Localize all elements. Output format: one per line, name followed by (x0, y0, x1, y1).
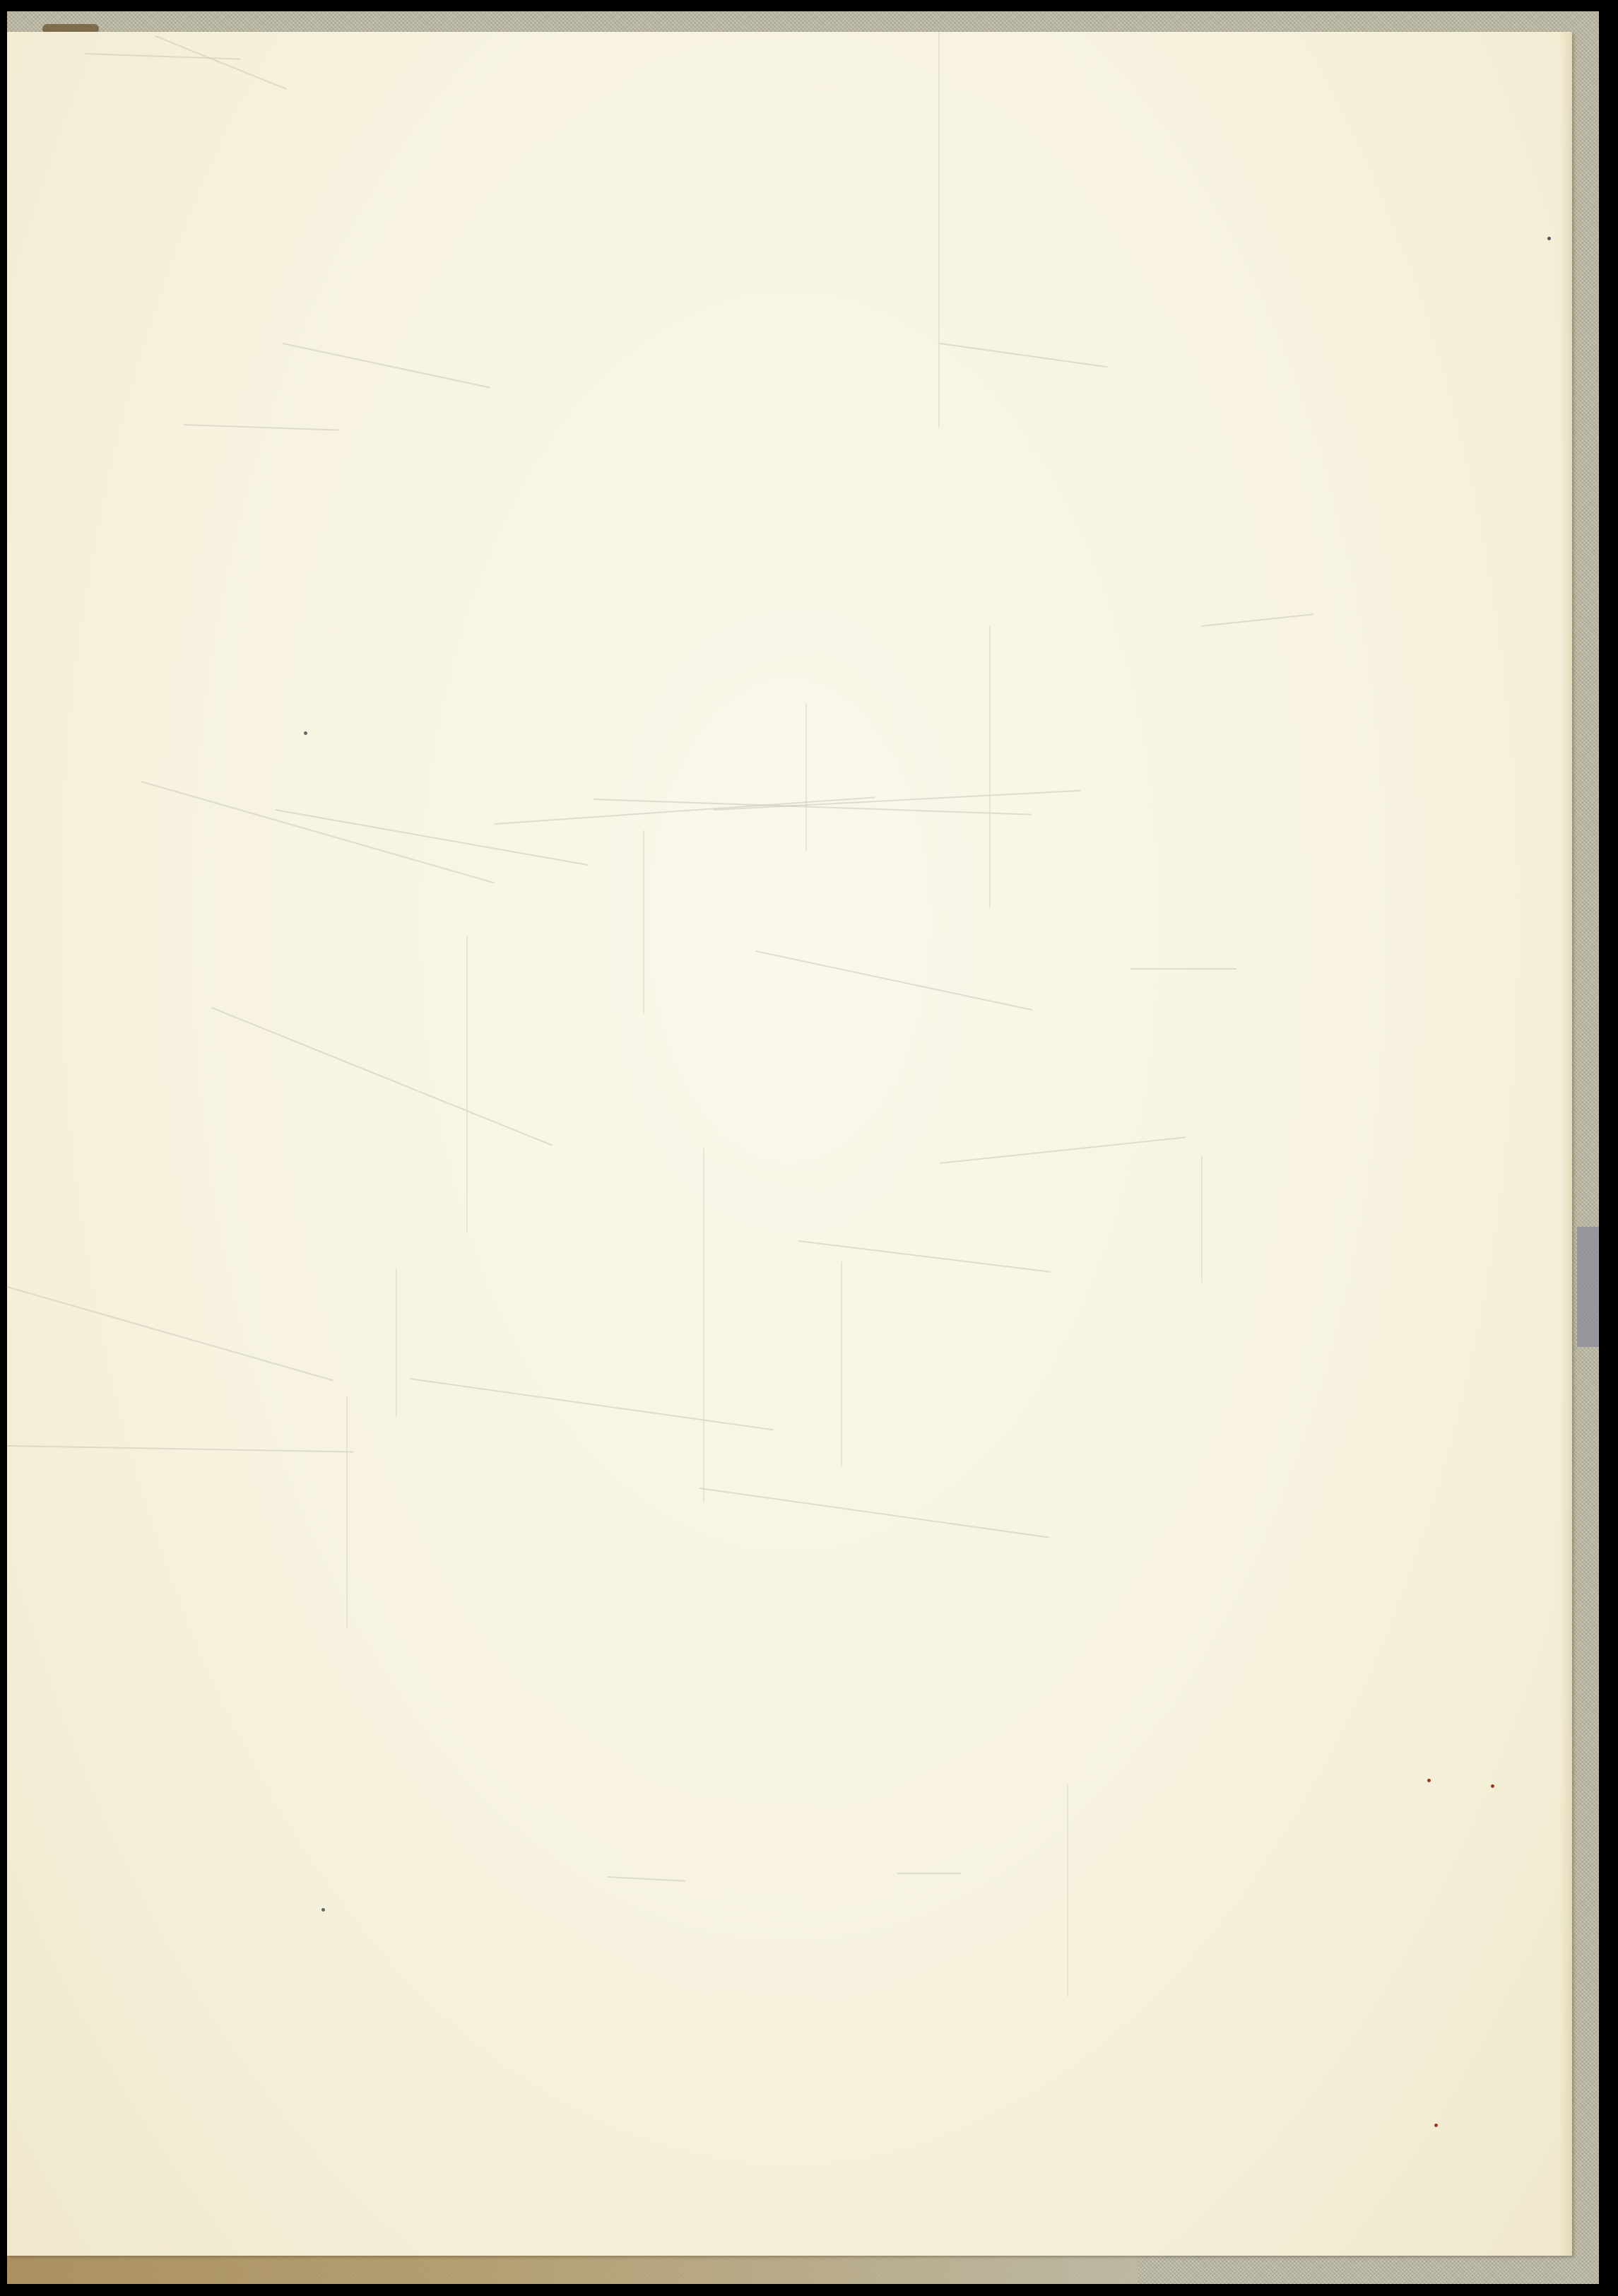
page-edge (1559, 32, 1572, 2256)
foxing-spot (1434, 2124, 1438, 2127)
pencil-mark (495, 796, 875, 825)
pencil-mark (346, 1396, 348, 1629)
pencil-mark (184, 424, 339, 431)
pencil-mark (410, 1378, 774, 1430)
pencil-mark (7, 1445, 353, 1453)
foxing-spot (321, 1908, 325, 1912)
pencil-mark (1201, 613, 1313, 627)
foxing-spot (1491, 1784, 1494, 1788)
pencil-mark (699, 1488, 1049, 1538)
pencil-mark (85, 53, 240, 60)
pencil-mark (841, 1261, 842, 1466)
pencil-mark (756, 950, 1033, 1011)
pencil-mark (608, 1876, 685, 1882)
pencil-mark (283, 343, 490, 388)
pencil-mark (1130, 968, 1236, 970)
pencil-mark (1067, 1784, 1068, 1996)
pencil-mark (805, 703, 807, 852)
cover-discoloration-band (7, 2256, 1138, 2284)
pencil-mark (643, 830, 644, 1014)
pencil-mark (940, 343, 1108, 367)
blank-endpaper-page (7, 32, 1572, 2256)
pencil-mark (989, 625, 991, 908)
pencil-mark (940, 1136, 1186, 1164)
pencil-mark (396, 1268, 397, 1417)
pencil-mark (6, 1286, 333, 1381)
foxing-spot (1547, 237, 1551, 240)
pencil-mark (798, 1240, 1051, 1273)
pencil-mark (276, 809, 589, 866)
pencil-mark (211, 1007, 553, 1146)
pencil-mark (1201, 1155, 1203, 1283)
pencil-mark (466, 936, 468, 1233)
foxing-spot (304, 731, 307, 735)
pencil-mark (897, 1873, 961, 1874)
pencil-mark (141, 781, 494, 883)
foxing-spot (1427, 1779, 1431, 1782)
pencil-mark (714, 790, 1080, 811)
pencil-mark (938, 32, 940, 428)
pencil-mark (703, 1148, 704, 1502)
cover-stain (1577, 1227, 1599, 1347)
pencil-mark (155, 35, 286, 90)
